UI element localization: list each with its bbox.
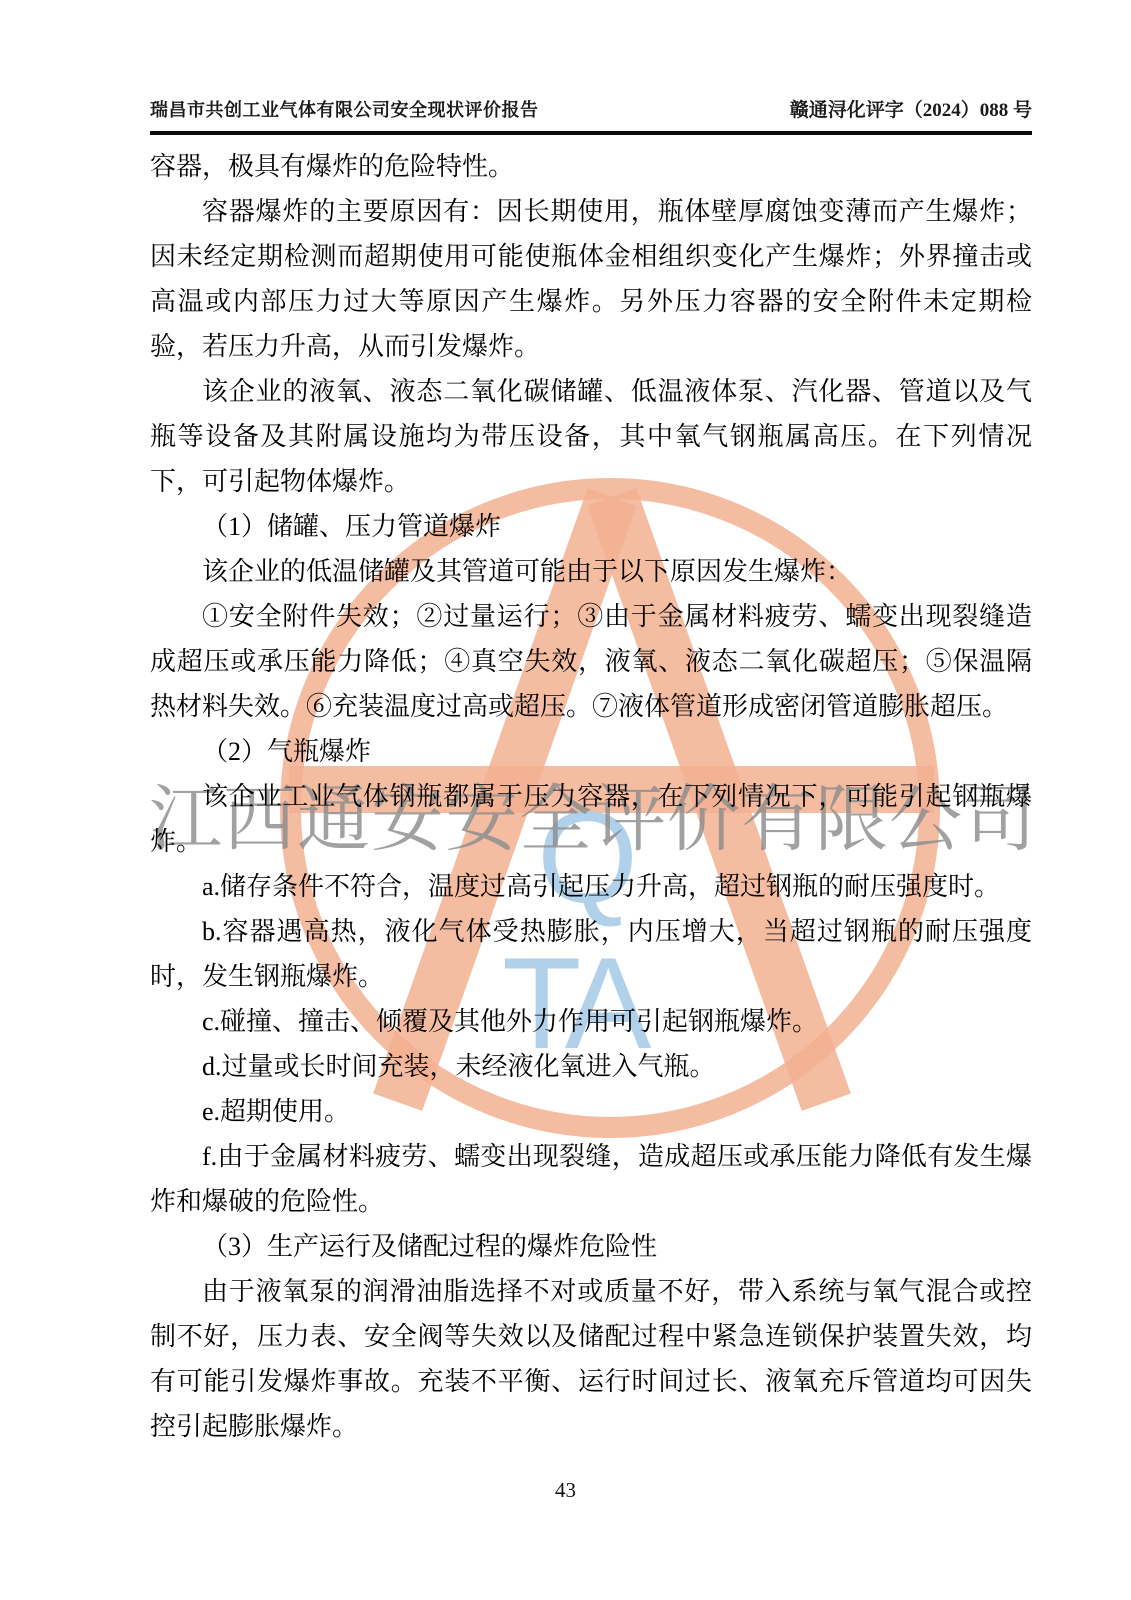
list-item: c.碰撞、撞击、倾覆及其他外力作用可引起钢瓶爆炸。 <box>150 999 1032 1044</box>
list-item: b.容器遇高热，液化气体受热膨胀，内压增大，当超过钢瓶的耐压强度时，发生钢瓶爆炸… <box>150 909 1032 999</box>
paragraph: 容器，极具有爆炸的危险特性。 <box>150 144 1032 189</box>
document-body: 容器，极具有爆炸的危险特性。 容器爆炸的主要原因有：因长期使用，瓶体壁厚腐蚀变薄… <box>150 144 1032 1449</box>
list-item: a.储存条件不符合，温度过高引起压力升高，超过钢瓶的耐压强度时。 <box>150 864 1032 909</box>
section-heading: （2）气瓶爆炸 <box>150 729 1032 774</box>
doc-number: 赣通浔化评字（2024）088 号 <box>790 95 1032 122</box>
section-heading: （3）生产运行及储配过程的爆炸危险性 <box>150 1224 1032 1269</box>
section-heading: （1）储罐、压力管道爆炸 <box>150 504 1032 549</box>
list-item: e.超期使用。 <box>150 1089 1032 1134</box>
paragraph: 该企业的低温储罐及其管道可能由于以下原因发生爆炸： <box>150 549 1032 594</box>
paragraph: ①安全附件失效；②过量运行；③由于金属材料疲劳、蠕变出现裂缝造成超压或承压能力降… <box>150 594 1032 729</box>
list-item: d.过量或长时间充装，未经液化氧进入气瓶。 <box>150 1044 1032 1089</box>
document-page: Q TA 江西通安安全评价有限公司 瑞昌市共创工业气体有限公司安全现状评价报告 … <box>0 0 1131 1600</box>
page-number: 43 <box>0 1478 1131 1503</box>
paragraph: 该企业的液氧、液态二氧化碳储罐、低温液体泵、汽化器、管道以及气瓶等设备及其附属设… <box>150 369 1032 504</box>
report-title: 瑞昌市共创工业气体有限公司安全现状评价报告 <box>150 96 539 122</box>
paragraph: 由于液氧泵的润滑油脂选择不对或质量不好，带入系统与氧气混合或控制不好，压力表、安… <box>150 1269 1032 1449</box>
paragraph: 该企业工业气体钢瓶都属于压力容器，在下列情况下，可能引起钢瓶爆炸。 <box>150 774 1032 864</box>
list-item: f.由于金属材料疲劳、蠕变出现裂缝，造成超压或承压能力降低有发生爆炸和爆破的危险… <box>150 1134 1032 1224</box>
page-header: 瑞昌市共创工业气体有限公司安全现状评价报告 赣通浔化评字（2024）088 号 <box>150 95 1032 135</box>
paragraph: 容器爆炸的主要原因有：因长期使用，瓶体壁厚腐蚀变薄而产生爆炸；因未经定期检测而超… <box>150 189 1032 369</box>
